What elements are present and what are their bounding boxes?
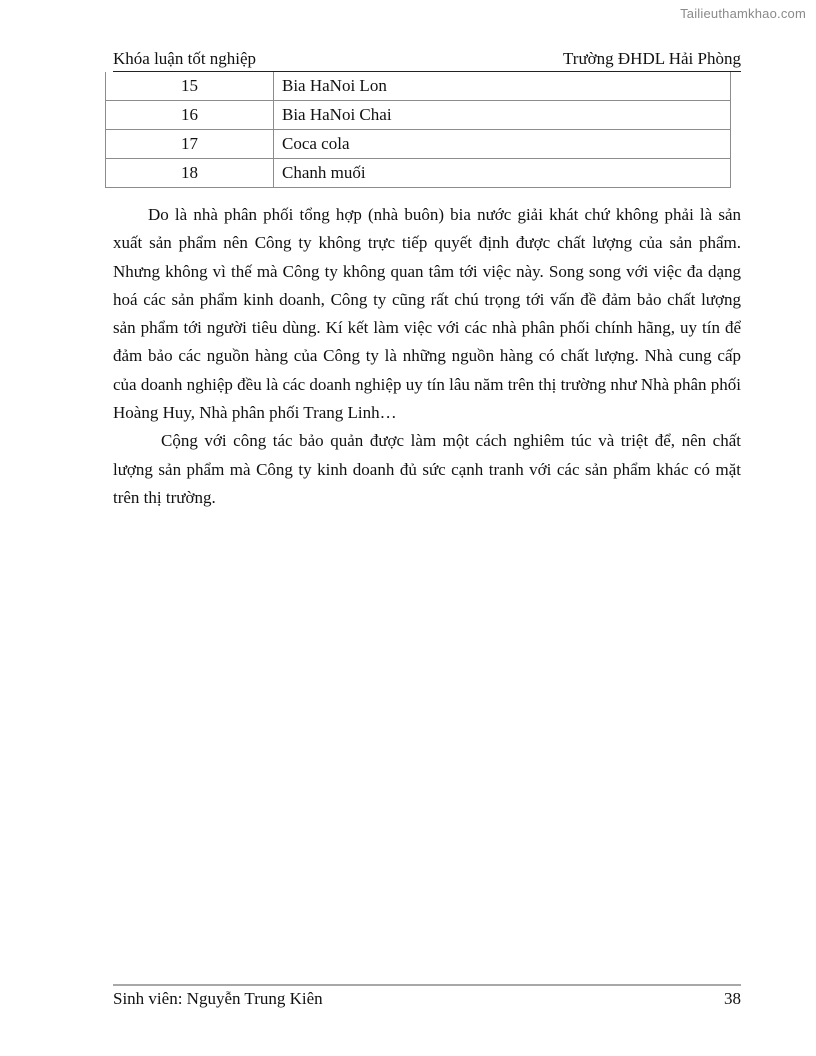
watermark: Tailieuthamkhao.com [680, 6, 806, 21]
product-name: Coca cola [274, 130, 731, 159]
product-name: Bia HaNoi Chai [274, 101, 731, 130]
page-footer: Sinh viên: Nguyễn Trung Kiên 38 [113, 984, 741, 1014]
table-row: 15 Bia HaNoi Lon [106, 72, 731, 101]
table-row: 18 Chanh muối [106, 159, 731, 188]
row-number: 15 [106, 72, 274, 101]
footer-student-name: Sinh viên: Nguyễn Trung Kiên [113, 989, 323, 1009]
page-header: Khóa luận tốt nghiệp Trường ĐHDL Hải Phò… [113, 48, 741, 72]
header-university: Trường ĐHDL Hải Phòng [563, 49, 741, 69]
table-row: 17 Coca cola [106, 130, 731, 159]
paragraph-storage: Cộng với công tác bảo quản được làm một … [113, 427, 741, 512]
product-table: 15 Bia HaNoi Lon 16 Bia HaNoi Chai 17 Co… [105, 72, 731, 188]
product-name: Bia HaNoi Lon [274, 72, 731, 101]
header-thesis-title: Khóa luận tốt nghiệp [113, 49, 256, 69]
product-name: Chanh muối [274, 159, 731, 188]
paragraph-quality: Do là nhà phân phối tổng hợp (nhà buôn) … [113, 201, 741, 427]
row-number: 18 [106, 159, 274, 188]
page-number: 38 [724, 989, 741, 1009]
body-text: Do là nhà phân phối tổng hợp (nhà buôn) … [113, 201, 741, 512]
table-row: 16 Bia HaNoi Chai [106, 101, 731, 130]
row-number: 17 [106, 130, 274, 159]
row-number: 16 [106, 101, 274, 130]
